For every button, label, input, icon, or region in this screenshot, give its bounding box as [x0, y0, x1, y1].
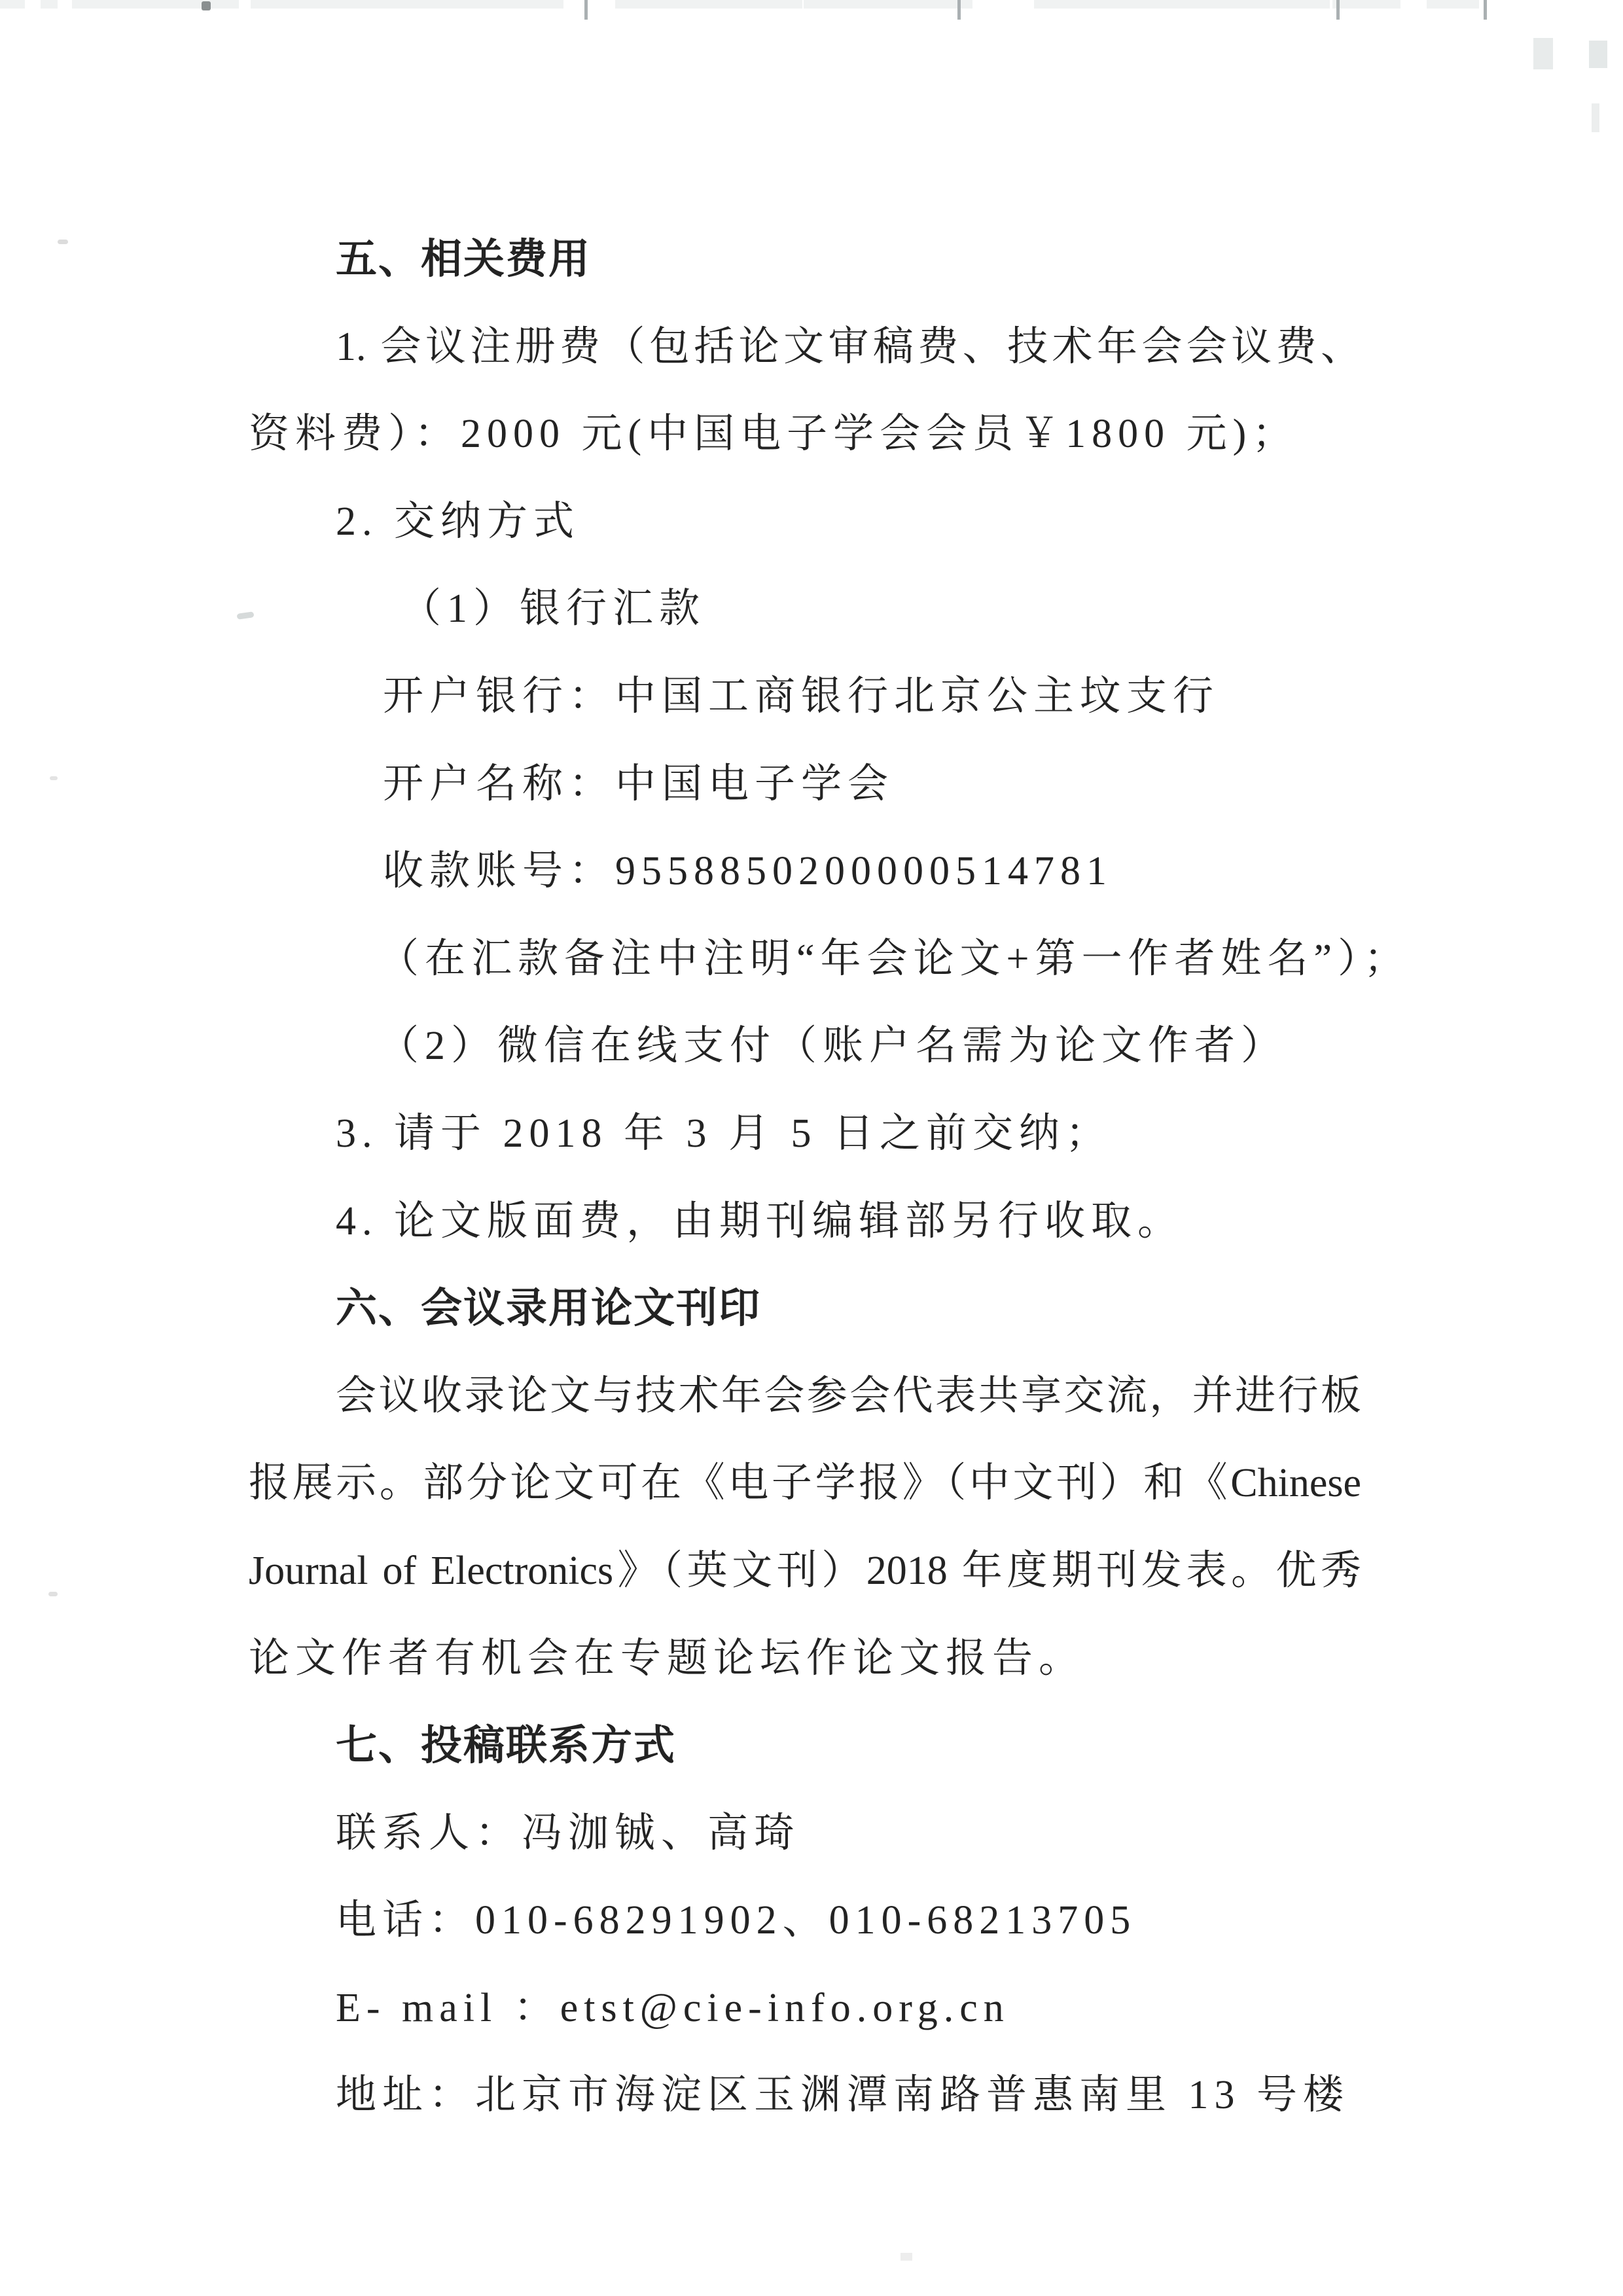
bank-name-line: 开户银行：中国工商银行北京公主坟支行	[249, 653, 1361, 741]
scan-artifact-speck	[202, 1, 211, 10]
scan-artifact-band	[1427, 0, 1479, 9]
scan-artifact-band	[72, 0, 239, 9]
scan-artifact-smudge	[901, 2253, 912, 2261]
scanned-document-page: 五、相关费用 1. 会议注册费（包括论文审稿费、技术年会会议费、 资料费）：20…	[0, 0, 1623, 2296]
payment-method-1-bank-transfer: （1）银行汇款	[249, 565, 1361, 653]
publication-para-line-2: 报展示。部分论文可在《电子学报》（中文刊）和《Chinese	[249, 1440, 1361, 1528]
payment-method-2-wechat: （2）微信在线支付（账户名需为论文作者）	[249, 1003, 1361, 1090]
fee-item-3-deadline: 3. 请于 2018 年 3 月 5 日之前交纳；	[249, 1090, 1361, 1178]
address-line: 地址：北京市海淀区玉渊潭南路普惠南里 13 号楼	[249, 2052, 1361, 2140]
publication-para-line-3: Journal of Electronics》（英文刊）2018 年度期刊发表。…	[249, 1528, 1361, 1615]
scan-artifact-band	[1332, 0, 1400, 9]
remittance-note-line: （在汇款备注中注明“年会论文+第一作者姓名”）；	[249, 916, 1361, 1003]
scan-artifact-smudge	[58, 240, 68, 244]
fee-item-1-line1: 1. 会议注册费（包括论文审稿费、技术年会会议费、	[249, 304, 1361, 391]
email-line: E- mail ：etst@cie-info.org.cn	[249, 1965, 1361, 2053]
scan-artifact-tick	[1484, 0, 1487, 20]
scan-artifact-band	[251, 0, 563, 9]
scan-artifact-band	[41, 0, 58, 9]
scan-artifact-band	[0, 0, 25, 9]
scan-artifact-smudge	[1533, 38, 1553, 69]
publication-para-line-1: 会议收录论文与技术年会参会代表共享交流，并进行板	[249, 1353, 1361, 1441]
scan-artifact-tick	[584, 0, 588, 20]
account-number-line: 收款账号：9558850200000514781	[249, 828, 1361, 916]
fee-item-1-line2: 资料费）：2000 元(中国电子学会会员￥1800 元)；	[249, 391, 1361, 478]
scan-artifact-tick	[957, 0, 961, 20]
scan-artifact-smudge	[50, 776, 58, 780]
publication-para-line-4: 论文作者有机会在专题论坛作论文报告。	[249, 1615, 1361, 1703]
scan-artifact-smudge	[1592, 103, 1599, 132]
scan-artifact-smudge	[48, 1592, 58, 1596]
scan-artifact-band	[615, 0, 802, 9]
account-name-line: 开户名称：中国电子学会	[249, 741, 1361, 829]
scan-artifact-band	[804, 0, 972, 9]
section-heading-5-fees: 五、相关费用	[249, 216, 1361, 304]
section-heading-6-publication: 六、会议录用论文刊印	[249, 1265, 1361, 1353]
scan-artifact-smudge	[1589, 41, 1607, 68]
contact-person-line: 联系人：冯泇铖、高琦	[249, 1790, 1361, 1878]
fee-item-2-payment-methods: 2. 交纳方式	[249, 478, 1361, 566]
scan-artifact-tick	[1336, 0, 1340, 20]
scan-artifact-band	[1034, 0, 1330, 9]
document-body: 五、相关费用 1. 会议注册费（包括论文审稿费、技术年会会议费、 资料费）：20…	[249, 216, 1361, 2140]
section-heading-7-contact: 七、投稿联系方式	[249, 1702, 1361, 1790]
phone-line: 电话：010-68291902、010-68213705	[249, 1877, 1361, 1965]
fee-item-4-page-charge: 4. 论文版面费，由期刊编辑部另行收取。	[249, 1178, 1361, 1266]
